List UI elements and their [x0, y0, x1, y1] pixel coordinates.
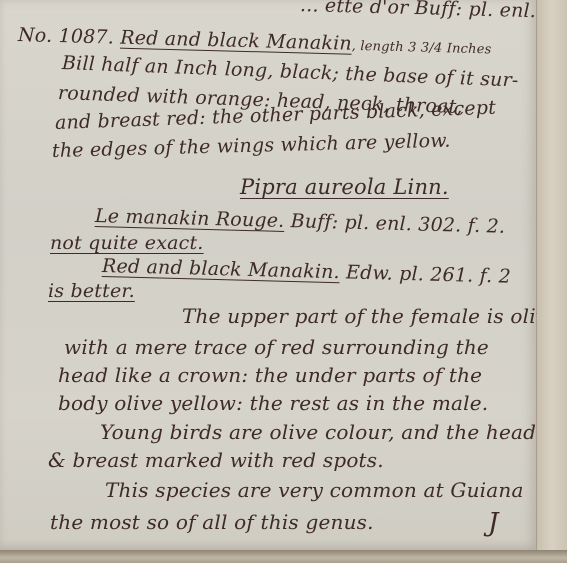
female-line-4: body olive yellow: the rest as in the ma… [58, 391, 488, 415]
female-line-3: head like a crown: the under parts of th… [58, 363, 482, 387]
species-line-1: This species are very common at Guiana [105, 478, 524, 502]
latin-name: Pipra aureola Linn. [240, 175, 449, 199]
page-bottom-edge [0, 550, 567, 563]
species-line-2: the most so of all of this genus. [50, 510, 374, 534]
entry-number: No. 1087. [18, 24, 115, 49]
reference-note-1: not quite exact. [50, 232, 204, 254]
reference-2: Red and black Manakin. Edw. pl. 261. f. … [102, 255, 511, 288]
young-line-1: Young birds are olive colour, and the he… [100, 420, 536, 444]
reference-note-2: is better. [48, 280, 135, 302]
adjacent-page-edge [537, 0, 567, 563]
female-line-2: with a mere trace of red surrounding the [64, 335, 489, 359]
top-fragment: ... ette d'or Buff: pl. enl. 34. f. 1. [300, 0, 567, 24]
entry-title: Red and black Manakin [120, 27, 352, 55]
female-line-1: The upper part of the female is olive [182, 304, 559, 328]
entry-length: , length 3 3/4 Inches [352, 39, 492, 58]
young-line-2: & breast marked with red spots. [48, 448, 384, 472]
signature-mark: J [488, 508, 498, 538]
manuscript-page: ... ette d'or Buff: pl. enl. 34. f. 1. N… [0, 0, 537, 550]
description-line-4: the edges of the wings which are yellow. [52, 130, 451, 162]
